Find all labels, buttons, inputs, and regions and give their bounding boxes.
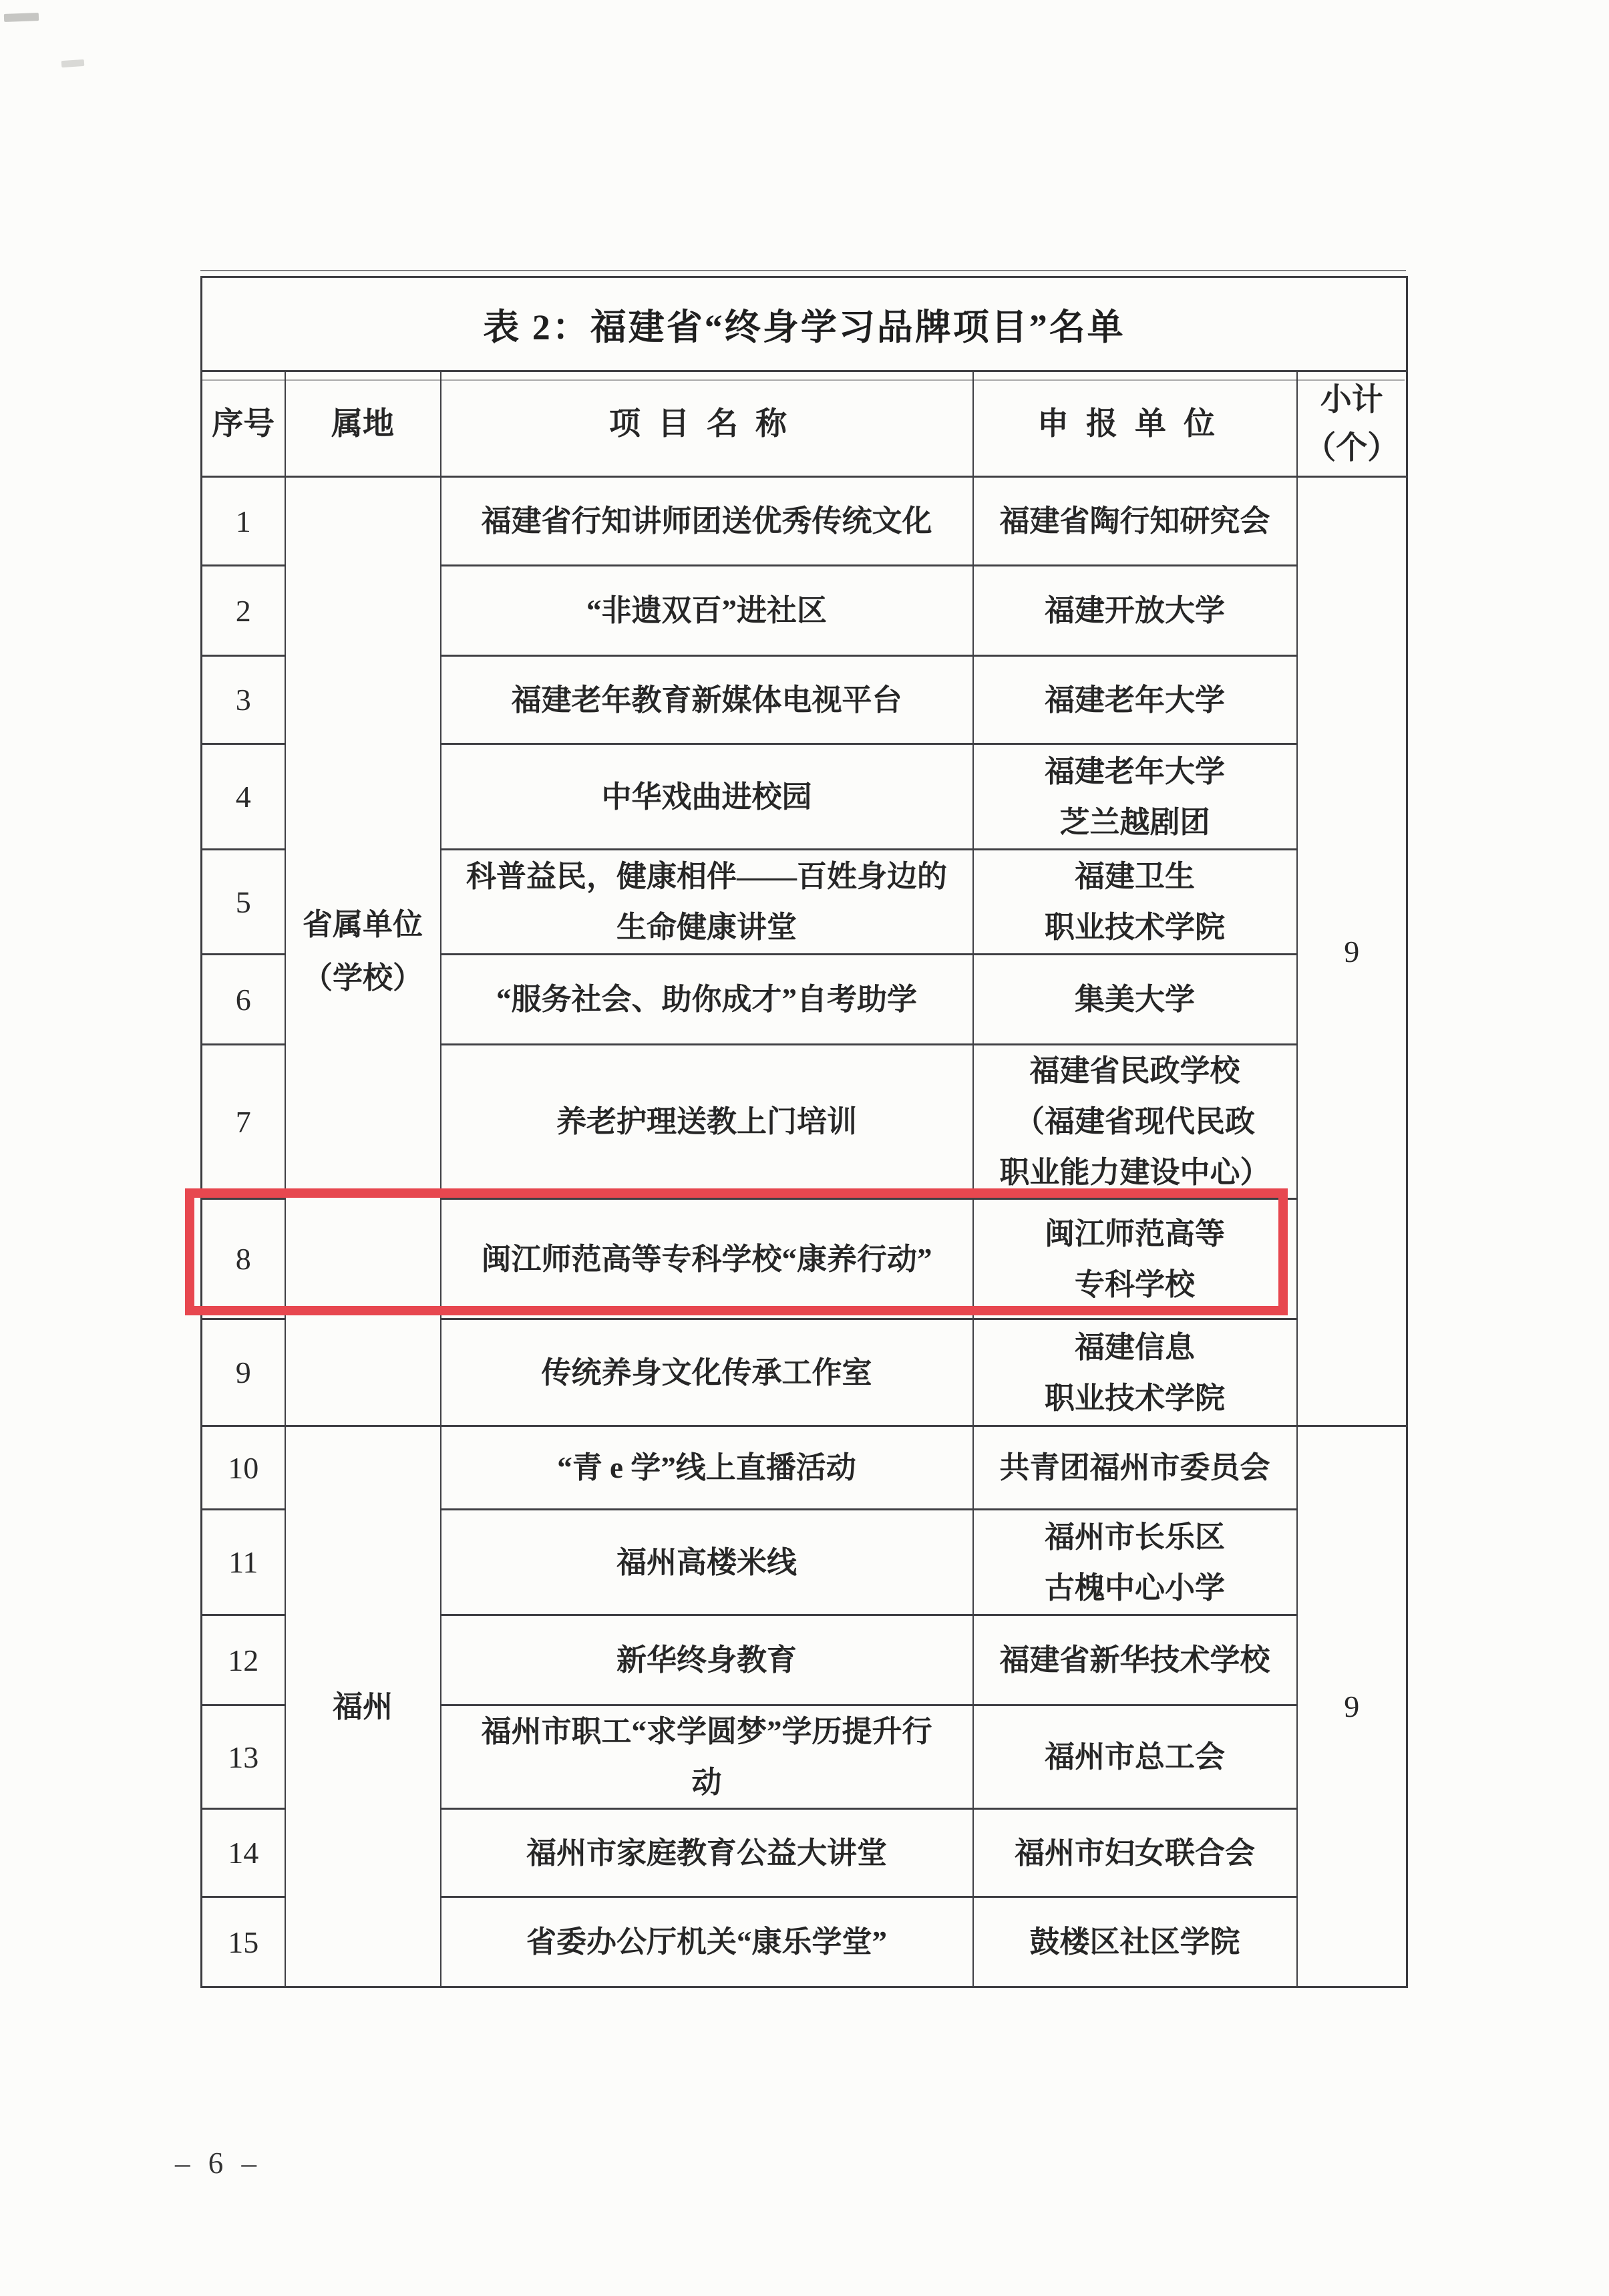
scanned-document-page: 表 2：福建省“终身学习品牌项目”名单 序号 属地 项目名称 申报单位 小计 （… [0, 0, 1609, 2296]
project-name-cell: 福建省行知讲师团送优秀传统文化 [441, 477, 973, 566]
project-name-cell: 科普益民，健康相伴——百姓身边的 生命健康讲堂 [441, 850, 973, 955]
organization-cell: 福州市总工会 [973, 1705, 1297, 1809]
project-name-cell: 新华终身教育 [441, 1615, 973, 1705]
header-region: 属地 [285, 371, 441, 477]
region-cell-provincial: 省属单位 （学校） [285, 477, 441, 1426]
table-title: 表 2：福建省“终身学习品牌项目”名单 [202, 277, 1407, 371]
project-name-cell: 福州市职工“求学圆梦”学历提升行 动 [441, 1705, 973, 1809]
organization-cell: 福州市长乐区 古槐中心小学 [973, 1510, 1297, 1615]
row-index-cell: 2 [202, 566, 285, 656]
organization-cell: 鼓楼区社区学院 [973, 1897, 1297, 1987]
header-index: 序号 [202, 371, 285, 477]
organization-cell: 福建老年大学 芝兰越剧团 [973, 744, 1297, 850]
project-name-cell: “非遗双百”进社区 [441, 566, 973, 656]
header-project: 项目名称 [441, 371, 973, 477]
organization-cell: 福建老年大学 [973, 656, 1297, 744]
organization-cell: 共青团福州市委员会 [973, 1426, 1297, 1510]
project-name-cell: 中华戏曲进校园 [441, 744, 973, 850]
project-name-cell: 闽江师范高等专科学校“康养行动” [441, 1199, 973, 1319]
project-name-cell: 福州高楼米线 [441, 1510, 973, 1615]
header-organization: 申报单位 [973, 371, 1297, 477]
project-name-cell: 福州市家庭教育公益大讲堂 [441, 1809, 973, 1897]
header-row: 序号 属地 项目名称 申报单位 小计 （个） [202, 371, 1407, 477]
project-name-cell: 养老护理送教上门培训 [441, 1045, 973, 1199]
organization-cell: 福建省新华技术学校 [973, 1615, 1297, 1705]
scan-artifact-line [200, 270, 1406, 271]
row-index-cell: 3 [202, 656, 285, 744]
scan-artifact [61, 59, 85, 67]
row-index-cell: 13 [202, 1705, 285, 1809]
scan-artifact [4, 13, 39, 22]
project-name-cell: 省委办公厅机关“康乐学堂” [441, 1897, 973, 1987]
organization-cell: 集美大学 [973, 955, 1297, 1045]
row-index-cell: 1 [202, 477, 285, 566]
title-row: 表 2：福建省“终身学习品牌项目”名单 [202, 277, 1407, 371]
row-index-cell: 11 [202, 1510, 285, 1615]
project-name-cell: 福建老年教育新媒体电视平台 [441, 656, 973, 744]
subtotal-cell-fuzhou: 9 [1297, 1426, 1407, 1987]
organization-cell: 福州市妇女联合会 [973, 1809, 1297, 1897]
project-name-cell: “青 e 学”线上直播活动 [441, 1426, 973, 1510]
project-name-cell: 传统养身文化传承工作室 [441, 1319, 973, 1426]
organization-cell: 福建信息 职业技术学院 [973, 1319, 1297, 1426]
row-index-cell: 6 [202, 955, 285, 1045]
row-index-cell: 8 [202, 1199, 285, 1319]
organization-cell: 福建卫生 职业技术学院 [973, 850, 1297, 955]
organization-cell: 福建省陶行知研究会 [973, 477, 1297, 566]
table-row: 10 福州 “青 e 学”线上直播活动 共青团福州市委员会 9 [202, 1426, 1407, 1510]
project-name-cell: “服务社会、助你成才”自考助学 [441, 955, 973, 1045]
header-subtotal: 小计 （个） [1297, 371, 1407, 477]
row-index-cell: 15 [202, 1897, 285, 1987]
page-number: – 6 – [175, 2146, 262, 2180]
row-index-cell: 4 [202, 744, 285, 850]
region-cell-fuzhou: 福州 [285, 1426, 441, 1987]
table-row: 1 省属单位 （学校） 福建省行知讲师团送优秀传统文化 福建省陶行知研究会 9 [202, 477, 1407, 566]
row-index-cell: 5 [202, 850, 285, 955]
row-index-cell: 14 [202, 1809, 285, 1897]
brand-projects-table: 表 2：福建省“终身学习品牌项目”名单 序号 属地 项目名称 申报单位 小计 （… [200, 276, 1408, 1988]
row-index-cell: 12 [202, 1615, 285, 1705]
organization-cell: 闽江师范高等 专科学校 [973, 1199, 1297, 1319]
organization-cell: 福建省民政学校 （福建省现代民政 职业能力建设中心） [973, 1045, 1297, 1199]
subtotal-cell-provincial: 9 [1297, 477, 1407, 1426]
row-index-cell: 9 [202, 1319, 285, 1426]
organization-cell: 福建开放大学 [973, 566, 1297, 656]
row-index-cell: 10 [202, 1426, 285, 1510]
row-index-cell: 7 [202, 1045, 285, 1199]
